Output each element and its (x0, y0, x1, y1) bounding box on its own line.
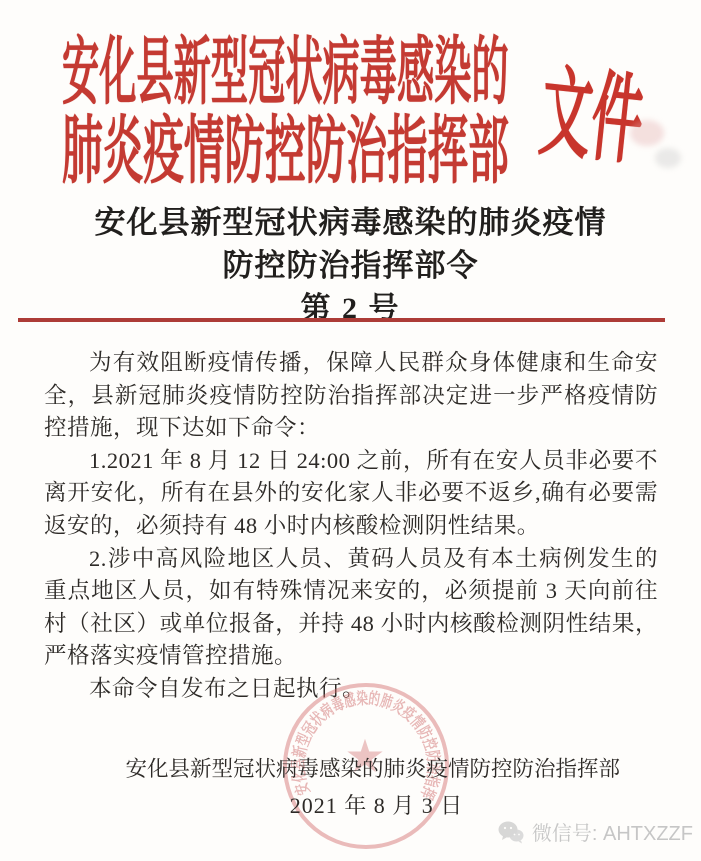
letterhead-org-line2: 肺炎疫情防控防治指挥部 (62, 113, 550, 192)
body-paragraph: 本命令自发布之日起执行。 (44, 673, 658, 706)
document-title-line1: 安化县新型冠状病毒感染的肺炎疫情 (0, 201, 701, 244)
scan-smudge (630, 120, 664, 146)
document-page: 安化县新型冠状病毒感染的 肺炎疫情防控防治指挥部 文件 安化县新型冠状病毒感染的… (0, 0, 701, 861)
document-type-label: 文件 (535, 58, 648, 178)
wechat-id: 微信号: AHTXZZF (532, 817, 693, 846)
signature-date: 2021 年 8 月 3 日 (0, 789, 701, 820)
scan-smudge (655, 148, 681, 168)
divider-rule (18, 318, 665, 322)
body-paragraph: 2.涉中高风险地区人员、黄码人员及有本土病例发生的重点地区人员，如有特殊情况来安… (44, 543, 658, 673)
signature-org: 安化县新型冠状病毒感染的肺炎疫情防控防治指挥部 (0, 752, 620, 783)
document-title-line2: 防控防治指挥部令 (0, 244, 701, 287)
document-title: 安化县新型冠状病毒感染的肺炎疫情 防控防治指挥部令 第 2 号 (0, 201, 701, 329)
document-body: 为有效阻断疫情传播，保障人民群众身体健康和生命安全，县新冠肺炎疫情防控防治指挥部… (44, 347, 658, 706)
body-paragraph: 为有效阻断疫情传播，保障人民群众身体健康和生命安全，县新冠肺炎疫情防控防治指挥部… (44, 347, 658, 445)
issue-number: 第 2 号 (0, 289, 701, 329)
footer-wechat: 微信号: AHTXZZF (497, 817, 693, 846)
wechat-icon (497, 820, 525, 844)
body-paragraph: 1.2021 年 8 月 12 日 24:00 之前，所有在安人员非必要不离开安… (44, 445, 658, 543)
letterhead-org-line1: 安化县新型冠状病毒感染的 (62, 34, 509, 113)
